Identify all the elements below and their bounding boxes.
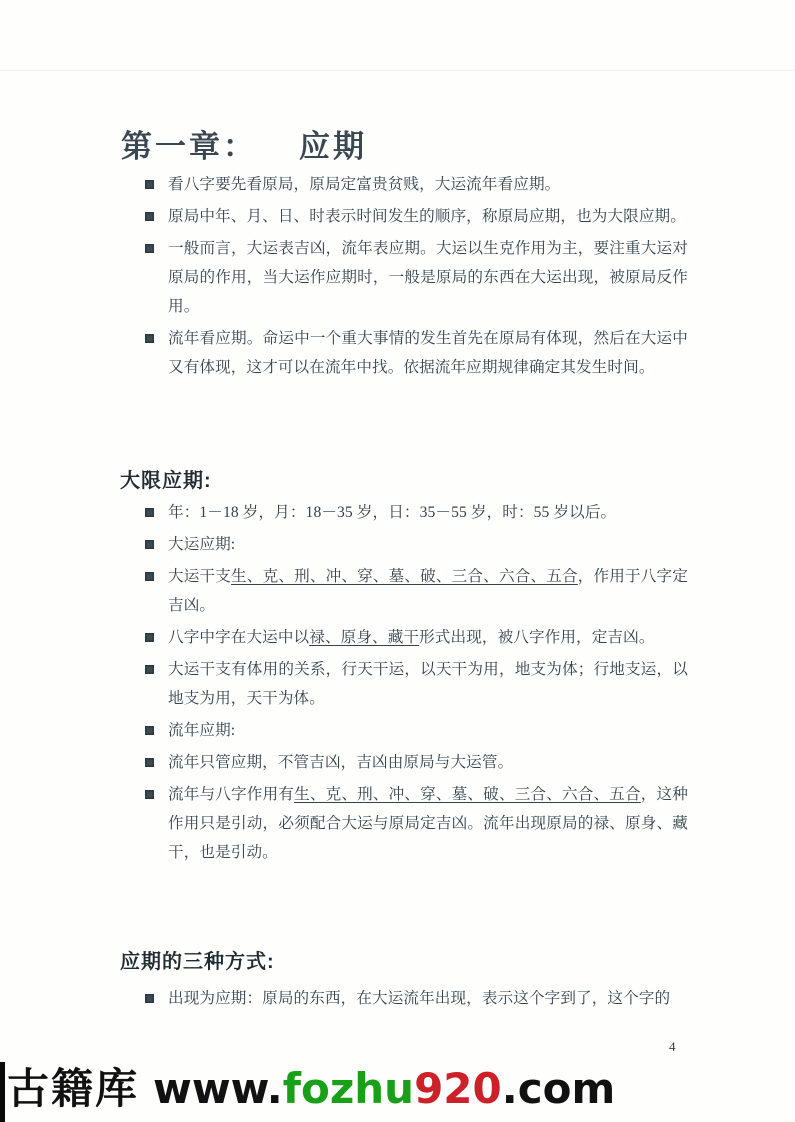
bullet-square-icon: [145, 212, 154, 221]
watermark-library-label: 古籍库: [7, 1064, 139, 1113]
list-item: 八字中字在大运中以禄、原身、藏干形式出现，被八字作用，定吉凶。: [145, 623, 688, 652]
list-item: 大运干支有体用的关系，行天干运，以天干为用，地支为体；行地支运，以地支为用，天干…: [145, 655, 688, 713]
text-segment: 出现为应期：原局的东西，在大运流年出现，表示这个字到了，这个字的: [168, 990, 670, 1007]
list-item: 原局中年、月、日、时表示时间发生的顺序，称原局应期，也为大限应期。: [145, 202, 688, 231]
bullet-square-icon: [145, 180, 154, 189]
watermark: 古籍库www.fozhu920.com: [7, 1056, 615, 1116]
text-segment: 流年应期:: [168, 722, 235, 739]
list-item: 看八字要先看原局，原局定富贵贫贱，大运流年看应期。: [145, 170, 688, 199]
list-item: 大运应期:: [145, 530, 688, 559]
bullet-text: 流年只管应期，不管吉凶，吉凶由原局与大运管。: [168, 748, 688, 777]
chapter-label: 第一章：: [121, 129, 257, 164]
section-heading-three-ways: 应期的三种方式:: [120, 945, 275, 974]
bullet-square-icon: [145, 665, 154, 674]
bullet-text: 流年与八字作用有生、克、刑、冲、穿、墓、破、三合、六合、五合，这种作用只是引动，…: [168, 780, 688, 867]
bullet-text: 年：1－18 岁，月：18－35 岁，日：35－55 岁，时：55 岁以后。: [168, 498, 688, 527]
bullet-square-icon: [145, 994, 154, 1003]
list-item: 流年应期:: [145, 716, 688, 745]
daxian-bullet-list: 年：1－18 岁，月：18－35 岁，日：35－55 岁，时：55 岁以后。大运…: [145, 498, 688, 870]
list-item: 大运干支生、克、刑、冲、穿、墓、破、三合、六合、五合，作用于八字定吉凶。: [145, 562, 688, 620]
list-item: 出现为应期：原局的东西，在大运流年出现，表示这个字到了，这个字的: [145, 984, 688, 1013]
text-segment: 大运干支有体用的关系，行天干运，以天干为用，地支为体；行地支运，以地支为用，天干…: [168, 661, 688, 707]
bullet-square-icon: [145, 508, 154, 517]
text-segment: 原局中年、月、日、时表示时间发生的顺序，称原局应期，也为大限应期。: [168, 208, 686, 225]
text-segment: 一般而言，大运表吉凶，流年表应期。大运以生克作用为主，要注重大运对原局的作用，当…: [168, 240, 688, 315]
three-ways-bullet-list: 出现为应期：原局的东西，在大运流年出现，表示这个字到了，这个字的: [145, 984, 688, 1016]
bullet-square-icon: [145, 244, 154, 253]
bullet-text: 大运干支有体用的关系，行天干运，以天干为用，地支为体；行地支运，以地支为用，天干…: [168, 655, 688, 713]
underlined-term: 生、克、刑、冲、穿、墓、破、三合、六合、五合: [294, 786, 641, 803]
bullet-square-icon: [145, 572, 154, 581]
watermark-url-red: 920: [414, 1064, 502, 1113]
underlined-term: 禄、原身、藏干: [309, 629, 419, 646]
list-item: 流年与八字作用有生、克、刑、冲、穿、墓、破、三合、六合、五合，这种作用只是引动，…: [145, 780, 688, 867]
bullet-square-icon: [145, 633, 154, 642]
bullet-text: 出现为应期：原局的东西，在大运流年出现，表示这个字到了，这个字的: [168, 984, 688, 1013]
text-segment: 看八字要先看原局，原局定富贵贫贱，大运流年看应期。: [168, 176, 560, 193]
text-segment: 年：1－18 岁，月：18－35 岁，日：35－55 岁，时：55 岁以后。: [168, 504, 616, 521]
watermark-url-green: fozhu: [283, 1064, 414, 1113]
underlined-term: 生、克、刑、冲、穿、墓、破、三合、六合、五合: [231, 568, 578, 585]
bullet-square-icon: [145, 790, 154, 799]
text-segment: 流年看应期。命运中一个重大事情的发生首先在原局有体现，然后在大运中又有体现，这才…: [168, 330, 688, 376]
bullet-text: 大运干支生、克、刑、冲、穿、墓、破、三合、六合、五合，作用于八字定吉凶。: [168, 562, 688, 620]
bullet-text: 看八字要先看原局，原局定富贵贫贱，大运流年看应期。: [168, 170, 688, 199]
bullet-square-icon: [145, 334, 154, 343]
scan-edge-line: [0, 70, 795, 71]
watermark-url-prefix: www.: [153, 1064, 283, 1113]
bullet-square-icon: [145, 540, 154, 549]
bullet-text: 原局中年、月、日、时表示时间发生的顺序，称原局应期，也为大限应期。: [168, 202, 688, 231]
section-heading-daxian-yingqi: 大限应期:: [120, 464, 212, 493]
watermark-url-suffix: .com: [502, 1064, 615, 1113]
bullet-square-icon: [145, 758, 154, 767]
bullet-text: 八字中字在大运中以禄、原身、藏干形式出现，被八字作用，定吉凶。: [168, 623, 688, 652]
scan-left-black-bar: [0, 1062, 5, 1122]
text-segment: 大运干支: [168, 568, 231, 585]
page-title: 第一章：应期: [121, 121, 367, 166]
list-item: 年：1－18 岁，月：18－35 岁，日：35－55 岁，时：55 岁以后。: [145, 498, 688, 527]
intro-bullet-list: 看八字要先看原局，原局定富贵贫贱，大运流年看应期。原局中年、月、日、时表示时间发…: [145, 170, 688, 385]
list-item: 流年看应期。命运中一个重大事情的发生首先在原局有体现，然后在大运中又有体现，这才…: [145, 324, 688, 382]
bullet-text: 流年看应期。命运中一个重大事情的发生首先在原局有体现，然后在大运中又有体现，这才…: [168, 324, 688, 382]
bullet-text: 流年应期:: [168, 716, 688, 745]
bullet-text: 大运应期:: [168, 530, 688, 559]
page-number: 4: [669, 1039, 676, 1055]
bullet-square-icon: [145, 726, 154, 735]
list-item: 流年只管应期，不管吉凶，吉凶由原局与大运管。: [145, 748, 688, 777]
scanned-page: 第一章：应期 看八字要先看原局，原局定富贵贫贱，大运流年看应期。原局中年、月、日…: [0, 0, 795, 1122]
text-segment: 大运应期:: [168, 536, 235, 553]
text-segment: 形式出现，被八字作用，定吉凶。: [419, 629, 654, 646]
text-segment: 八字中字在大运中以: [168, 629, 309, 646]
bullet-text: 一般而言，大运表吉凶，流年表应期。大运以生克作用为主，要注重大运对原局的作用，当…: [168, 234, 688, 321]
chapter-title: 应期: [299, 129, 367, 164]
list-item: 一般而言，大运表吉凶，流年表应期。大运以生克作用为主，要注重大运对原局的作用，当…: [145, 234, 688, 321]
text-segment: 流年只管应期，不管吉凶，吉凶由原局与大运管。: [168, 754, 513, 771]
text-segment: 流年与八字作用有: [168, 786, 294, 803]
